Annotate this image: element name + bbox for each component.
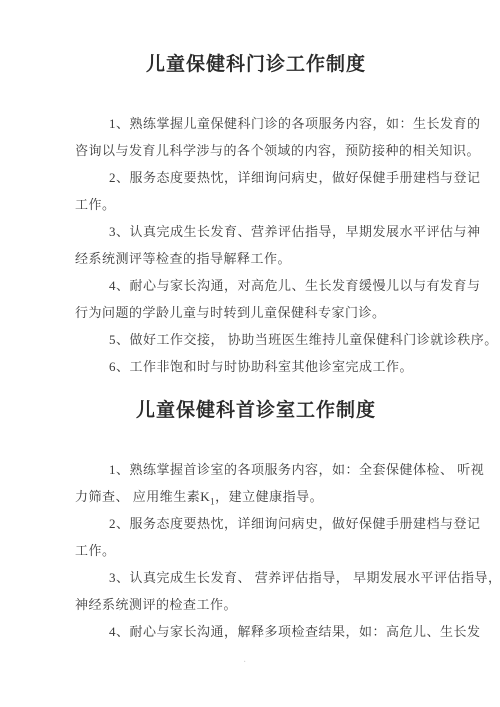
text-segment: 力筛查、 应用维生素K — [75, 489, 210, 504]
paragraph: 2、服务态度要热忱，详细询问病史，做好保健手册建档与登记 工作。 — [75, 164, 437, 218]
text-line: 6、工作非饱和时与时协助科室其他诊室完成工作。 — [75, 353, 437, 380]
text-segment: ，建立健康指导。 — [215, 489, 323, 504]
text-line: 2、服务态度要热忱，详细询问病史，做好保健手册建档与登记 — [75, 510, 437, 537]
paragraph: 1、熟练掌握儿童保健科门诊的各项服务内容，如：生长发育的 咨询以与发育儿科学涉与… — [75, 110, 437, 164]
section2-title: 儿童保健科首诊室工作制度 — [75, 394, 437, 428]
paragraph: 3、认真完成生长发育、 营养评估指导， 早期发展水平评估指导， 神经系统测评的检… — [75, 564, 437, 618]
document-page: 儿童保健科门诊工作制度 1、熟练掌握儿童保健科门诊的各项服务内容，如：生长发育的… — [0, 0, 500, 707]
paragraph: 5、做好工作交接， 协助当班医生维持儿童保健科门诊就诊秩序。 — [75, 326, 437, 353]
text-line: 行为问题的学龄儿童与时转到儿童保健科专家门诊。 — [75, 299, 437, 326]
paragraph: 2、服务态度要热忱，详细询问病史，做好保健手册建档与登记 工作。 — [75, 510, 437, 564]
text-line: 2、服务态度要热忱，详细询问病史，做好保健手册建档与登记 — [75, 164, 437, 191]
text-line: 工作。 — [75, 191, 437, 218]
section1-title: 儿童保健科门诊工作制度 — [75, 48, 437, 82]
paragraph: 1、熟练掌握首诊室的各项服务内容，如：全套保健体检、 听视 力筛查、 应用维生素… — [75, 456, 437, 510]
text-line: 4、耐心与家长沟通，解释多项检查结果，如：高危儿、生长发 — [75, 618, 437, 645]
text-line: 神经系统测评的检查工作。 — [75, 591, 437, 618]
section1-body: 1、熟练掌握儿童保健科门诊的各项服务内容，如：生长发育的 咨询以与发育儿科学涉与… — [75, 110, 437, 380]
section2-body: 1、熟练掌握首诊室的各项服务内容，如：全套保健体检、 听视 力筛查、 应用维生素… — [75, 456, 437, 645]
scan-artifact-dot: · — [243, 658, 246, 668]
document-content: 儿童保健科门诊工作制度 1、熟练掌握儿童保健科门诊的各项服务内容，如：生长发育的… — [75, 0, 437, 645]
text-line: 3、认真完成生长发育、营养评估指导，早期发展水平评估与神 — [75, 218, 437, 245]
text-line: 咨询以与发育儿科学涉与的各个领域的内容，预防接种的相关知识。 — [75, 137, 437, 164]
text-line: 工作。 — [75, 537, 437, 564]
paragraph: 3、认真完成生长发育、营养评估指导，早期发展水平评估与神 经系统测评等检查的指导… — [75, 218, 437, 272]
text-line: 4、耐心与家长沟通，对高危儿、生长发育缓慢儿以与有发育与 — [75, 272, 437, 299]
text-line: 1、熟练掌握首诊室的各项服务内容，如：全套保健体检、 听视 — [75, 456, 437, 483]
paragraph: 4、耐心与家长沟通，对高危儿、生长发育缓慢儿以与有发育与 行为问题的学龄儿童与时… — [75, 272, 437, 326]
paragraph: 6、工作非饱和时与时协助科室其他诊室完成工作。 — [75, 353, 437, 380]
text-line: 5、做好工作交接， 协助当班医生维持儿童保健科门诊就诊秩序。 — [75, 326, 437, 353]
paragraph: 4、耐心与家长沟通，解释多项检查结果，如：高危儿、生长发 — [75, 618, 437, 645]
text-line-with-subscript: 力筛查、 应用维生素K1，建立健康指导。 — [75, 483, 437, 510]
text-line: 1、熟练掌握儿童保健科门诊的各项服务内容，如：生长发育的 — [75, 110, 437, 137]
text-line: 3、认真完成生长发育、 营养评估指导， 早期发展水平评估指导， — [75, 564, 437, 591]
text-line: 经系统测评等检查的指导解释工作。 — [75, 245, 437, 272]
